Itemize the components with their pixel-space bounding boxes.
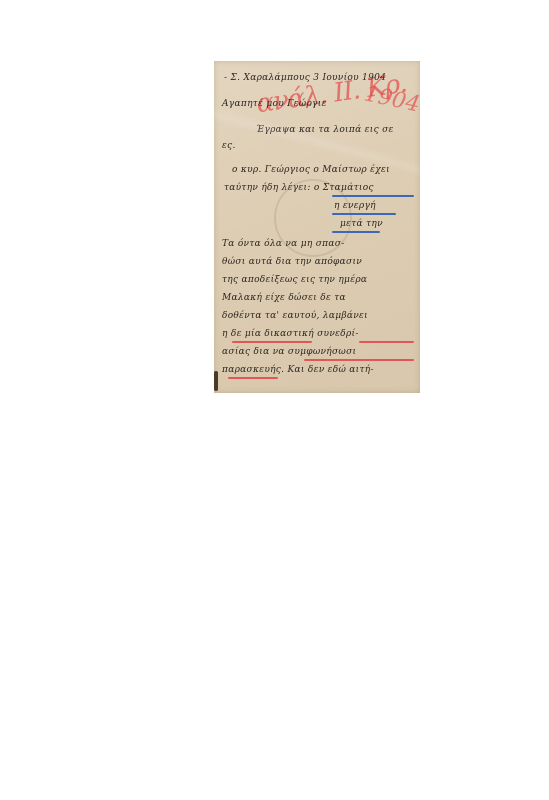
letter-line: ταύτην ήδη λέγει: ο Σταμάτιος xyxy=(224,183,374,193)
faded-stamp xyxy=(274,179,352,257)
letter-line: ες. xyxy=(222,141,236,151)
red-underline xyxy=(228,377,278,379)
letter-line: της αποδείξεως εις την ημέρα xyxy=(222,275,367,285)
red-underline xyxy=(359,341,414,343)
letter-line: Τα όντα όλα να μη σπασ- xyxy=(222,239,345,249)
letter-line-salutation: Αγαπητέ μου Γεώργιε xyxy=(222,99,327,109)
blue-underline xyxy=(332,195,414,197)
letter-line: η δε μία δικαστική συνεδρί- xyxy=(222,329,359,339)
red-year-annotation: 1904 xyxy=(362,81,422,117)
letter-line-date: - Σ. Χαραλάμπους 3 Ιουνίου 1904 xyxy=(224,73,386,83)
red-annotation: ανάλ. ΙΙ. Κρ. xyxy=(255,69,409,120)
red-underline xyxy=(232,341,312,343)
letter-line: ασίας δια να συμφωνήσωσι xyxy=(222,347,356,357)
blue-underline xyxy=(332,231,380,233)
letter-line: μετά την xyxy=(340,219,383,229)
letter-line: δοθέντα τα' εαυτού, λαμβάνει xyxy=(222,311,368,321)
blue-underline xyxy=(332,213,396,215)
letter-line: θώσι αυτά δια την απόφασιν xyxy=(222,257,362,267)
letter-line: παρασκευής. Και δεν εδώ αιτή- xyxy=(222,365,374,375)
letter-line: Μαλακή είχε δώσει δε τα xyxy=(222,293,346,303)
red-underline xyxy=(304,359,414,361)
letter-page: ανάλ. ΙΙ. Κρ. 1904 - Σ. Χαραλάμπους 3 Ιο… xyxy=(214,61,420,393)
letter-line: ο κυρ. Γεώργιος ο Μαίστωρ έχει xyxy=(232,165,390,175)
letter-line: Έγραψα και τα λοιπά εις σε xyxy=(256,125,394,135)
letter-line: η ενεργή xyxy=(334,201,376,211)
edge-stain xyxy=(214,371,218,391)
